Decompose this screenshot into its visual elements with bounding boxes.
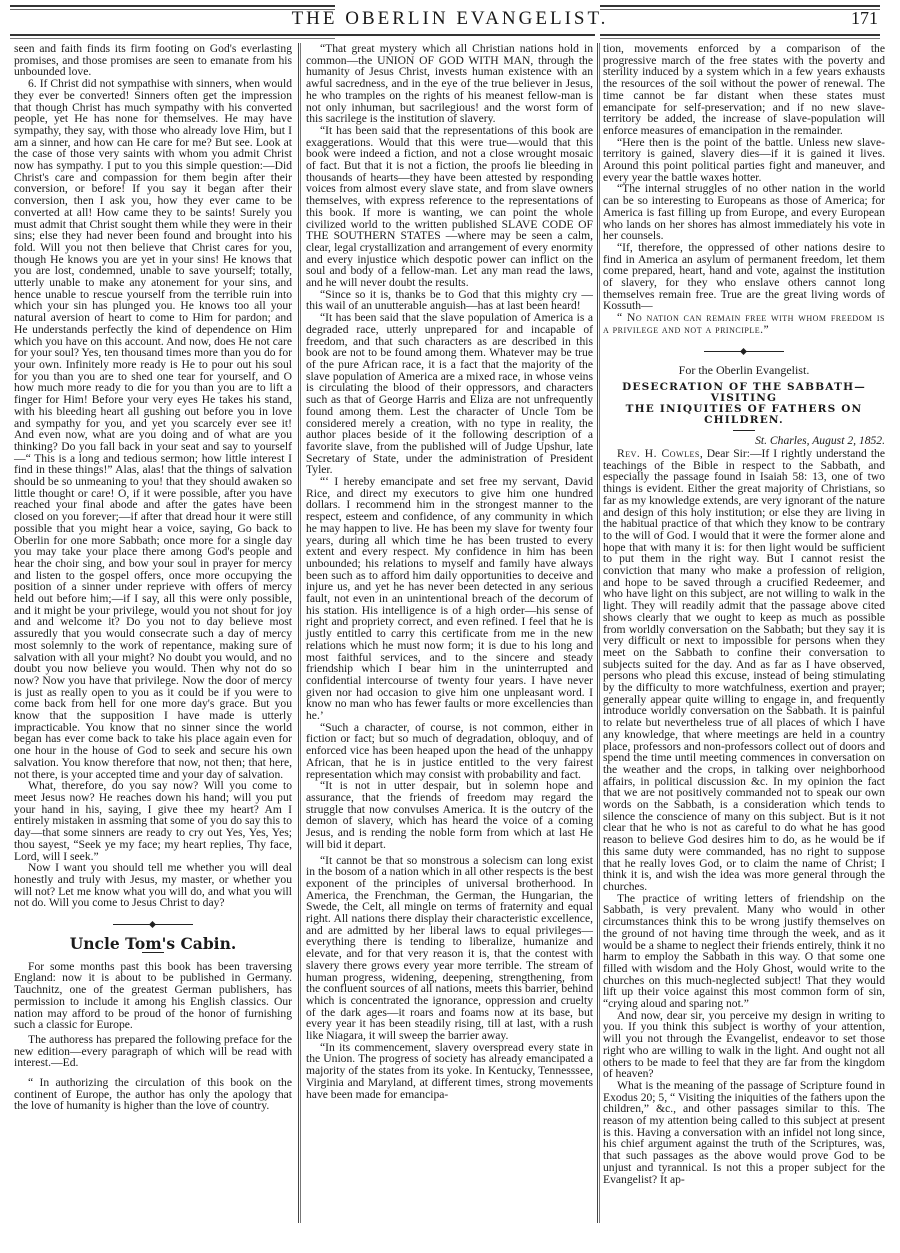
column-1: seen and faith finds its firm footing on… bbox=[14, 43, 292, 1112]
section-heading: Uncle Tom's Cabin. bbox=[14, 938, 292, 950]
letter-paragraph: And now, dear sir, you perceive my desig… bbox=[603, 1010, 885, 1080]
article-byline: For the Oberlin Evangelist. bbox=[603, 365, 885, 377]
column-divider bbox=[597, 43, 598, 1223]
masthead-rule bbox=[600, 34, 880, 36]
paragraph: 6. If Christ did not sympathise with sin… bbox=[14, 78, 292, 780]
masthead-rule bbox=[10, 34, 335, 36]
paragraph: seen and faith finds its firm footing on… bbox=[14, 43, 292, 78]
column-divider bbox=[300, 43, 301, 1223]
paragraph: What, therefore, do you say now? Will yo… bbox=[14, 780, 292, 862]
article-title-line: DESECRATION OF THE SABBATH—VISITING bbox=[603, 382, 885, 404]
column-divider bbox=[298, 43, 299, 1223]
paragraph: “The internal struggles of no other nati… bbox=[603, 183, 885, 242]
paragraph: “Here then is the point of the battle. U… bbox=[603, 137, 885, 184]
masthead: THE OBERLIN EVANGELIST. 171 bbox=[0, 0, 900, 40]
letter-text: , Dear Sir:—If I rightly understand the … bbox=[603, 447, 885, 893]
dateline: St. Charles, August 2, 1852. bbox=[603, 435, 885, 447]
letter-paragraph: The practice of writing letters of frien… bbox=[603, 893, 885, 1010]
paragraph: “Such a character, of course, is not com… bbox=[306, 722, 593, 781]
paragraph: “It is not in utter despair, but in sole… bbox=[306, 780, 593, 850]
masthead-rule bbox=[600, 38, 880, 39]
column-3: tion, movements enforced by a comparison… bbox=[603, 43, 885, 1185]
paragraph: For some months past this book has been … bbox=[14, 961, 292, 1031]
article-title-line: THE INIQUITIES OF FATHERS ON CHILDREN. bbox=[603, 404, 885, 426]
paragraph: “That great mystery which all Christian … bbox=[306, 43, 593, 125]
column-2: “That great mystery which all Christian … bbox=[306, 43, 593, 1100]
paragraph: “In its commencement, slavery overspread… bbox=[306, 1042, 593, 1101]
section-ornament bbox=[704, 348, 784, 355]
letter-paragraph: Rev. H. Cowles, Dear Sir:—If I rightly u… bbox=[603, 448, 885, 893]
page-number: 171 bbox=[851, 8, 878, 29]
section-ornament bbox=[113, 921, 193, 928]
masthead-rule bbox=[335, 34, 595, 36]
kossuth-quote: “ No nation can remain free with whom fr… bbox=[603, 312, 885, 335]
masthead-rule bbox=[10, 5, 335, 7]
masthead-rule bbox=[600, 5, 880, 7]
paragraph: tion, movements enforced by a comparison… bbox=[603, 43, 885, 137]
paragraph: The authoress has prepared the following… bbox=[14, 1034, 292, 1069]
column-divider bbox=[599, 43, 600, 1223]
paragraph: “If, therefore, the oppressed of other n… bbox=[603, 242, 885, 312]
masthead-rule bbox=[10, 38, 335, 39]
paragraph: “‘ I hereby emancipate and set free my s… bbox=[306, 476, 593, 722]
newspaper-title: THE OBERLIN EVANGELIST. bbox=[240, 8, 660, 30]
paragraph: “It has been said that the representatio… bbox=[306, 125, 593, 289]
article-title: DESECRATION OF THE SABBATH—VISITING THE … bbox=[603, 382, 885, 426]
short-rule bbox=[733, 430, 755, 431]
paragraph: “ In authorizing the circulation of this… bbox=[14, 1077, 292, 1112]
paragraph: Now I want you should tell me whether yo… bbox=[14, 862, 292, 909]
paragraph: “It cannot be that so monstrous a soleci… bbox=[306, 855, 593, 1042]
paragraph: “Since so it is, thanks be to God that t… bbox=[306, 289, 593, 312]
paragraph: “It has been said that the slave populat… bbox=[306, 312, 593, 476]
letter-paragraph: What is the meaning of the passage of Sc… bbox=[603, 1080, 885, 1185]
